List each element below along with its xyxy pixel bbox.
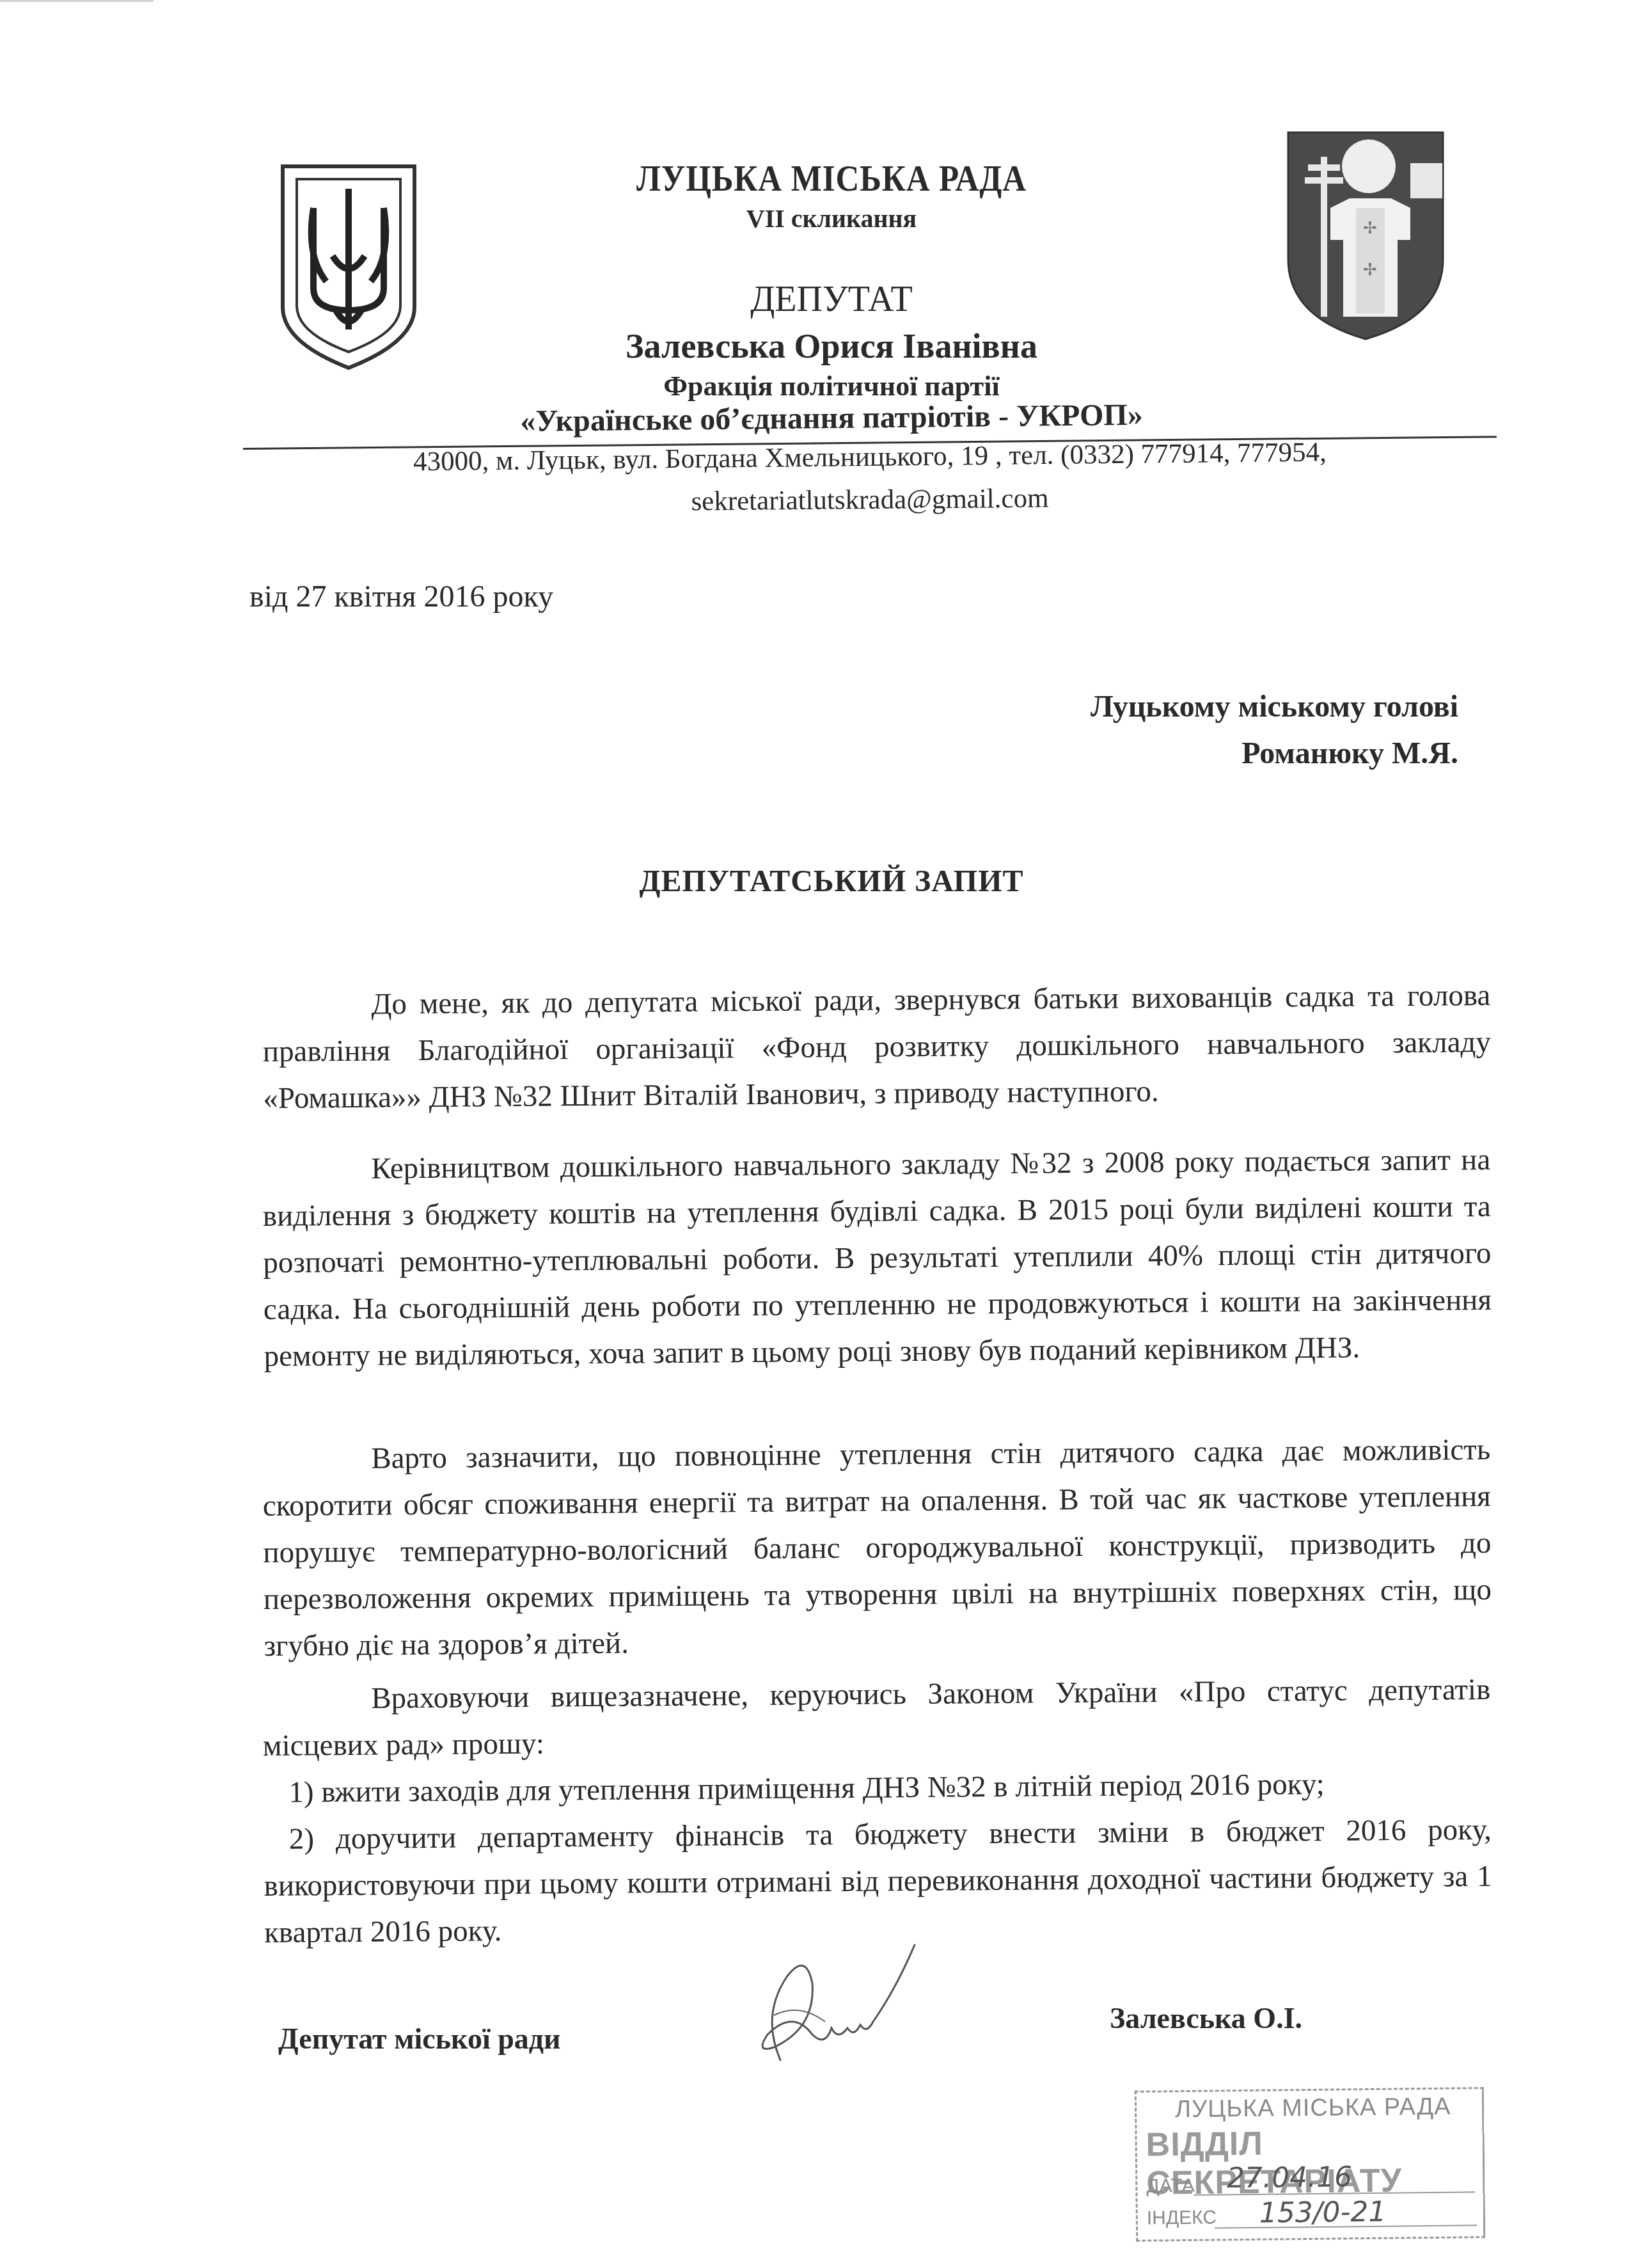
contact-address: 43000, м. Луцьк, вул. Богдана Хмельницьк… <box>281 435 1458 479</box>
request-item-2-text: 2) доручити департаменту фінансів та бюд… <box>264 1813 1492 1949</box>
signature-label: Депутат міської ради <box>278 2022 561 2056</box>
svg-text:✢: ✢ <box>1363 260 1377 279</box>
paragraph-text: До мене, як до депутата міської ради, зв… <box>262 972 1492 1122</box>
paragraph-2: Керівництвом дошкільного навчального зак… <box>262 1137 1492 1380</box>
addressee-title: Луцькому міському голові <box>1091 689 1458 724</box>
deputy-name: Залевська Орися Іванівна <box>448 326 1215 366</box>
paragraph-1: До мене, як до депутата міської ради, зв… <box>262 972 1492 1122</box>
paragraph-4: Враховуючи вищезазначене, керуючись Зако… <box>262 1667 1492 1956</box>
stamp-date-label: ДАТА <box>1146 2175 1195 2198</box>
request-item-2: 2) доручити департаменту фінансів та бюд… <box>264 1807 1493 1956</box>
paragraph-text: Враховуючи вищезазначене, керуючись Зако… <box>262 1667 1491 1770</box>
handwritten-signature <box>736 1939 953 2066</box>
addressee-name: Романюку М.Я. <box>1241 736 1458 771</box>
party-name: «Українське об’єднання патріотів - УКРОП… <box>409 396 1254 440</box>
document-title: ДЕПУТАТСЬКИЙ ЗАПИТ <box>448 864 1215 899</box>
stamp-index-label: ІНДЕКС <box>1147 2207 1217 2230</box>
scan-edge <box>0 0 154 2</box>
convocation: VII скликання <box>448 203 1215 234</box>
stamp-organization: ЛУЦЬКА МІСЬКА РАДА <box>1175 2093 1451 2124</box>
council-name: ЛУЦЬКА МІСЬКА РАДА <box>494 157 1169 200</box>
signatory-name: Залевська О.І. <box>1110 2001 1302 2035</box>
stamp-index-value: 153/0-21 <box>1259 2196 1387 2230</box>
role-label: ДЕПУТАТ <box>448 279 1215 320</box>
svg-text:✢: ✢ <box>1363 219 1377 237</box>
stamp-date-value: 27.04.16 <box>1227 2161 1352 2194</box>
document-date: від 27 квітня 2016 року <box>249 579 553 614</box>
contact-email: sekretariatlutskrada@gmail.com <box>448 480 1292 519</box>
registration-stamp: ЛУЦЬКА МІСЬКА РАДА ВІДДІЛ СЕКРЕТАРІАТУ Д… <box>1135 2087 1485 2242</box>
paragraph-3: Варто зазначити, що повноцінне утеплення… <box>262 1427 1492 1670</box>
paragraph-text: Керівництвом дошкільного навчального зак… <box>262 1137 1492 1380</box>
paragraph-text: Варто зазначити, що повноцінне утеплення… <box>262 1427 1492 1670</box>
city-coat-of-arms-icon: ✢ ✢ <box>1286 125 1446 342</box>
trident-icon <box>275 160 422 371</box>
